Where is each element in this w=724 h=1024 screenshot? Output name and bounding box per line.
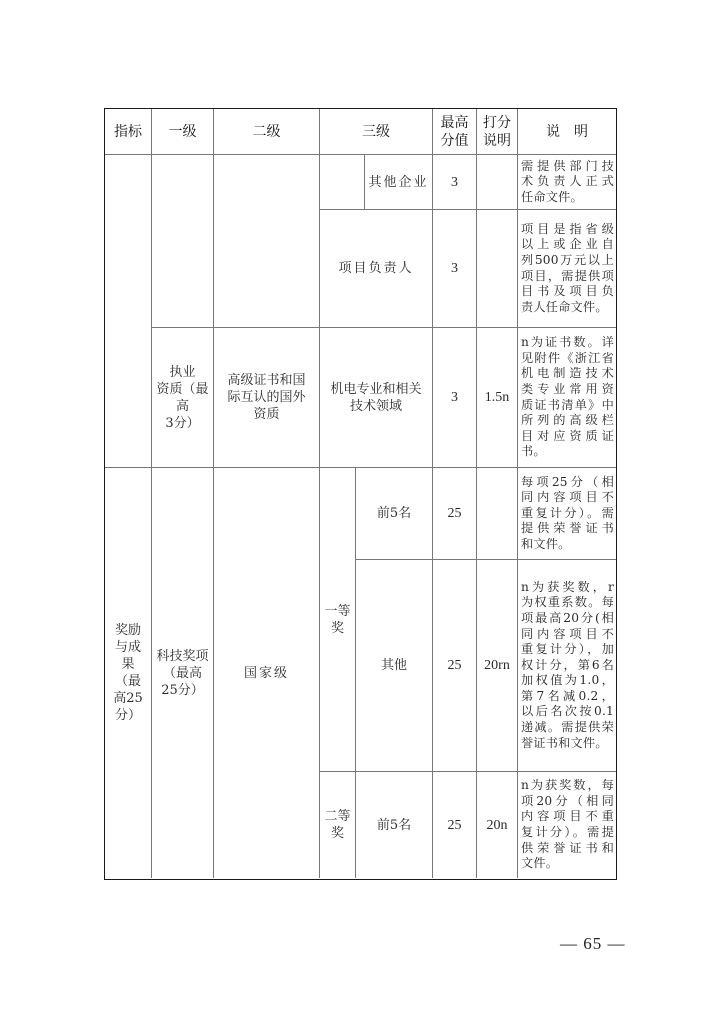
level2-senior-certificate: 高级证书和国 际互认的国外 资质 [213,327,319,467]
header-level1: 一级 [151,109,213,154]
level1-practice-qualification: 执业 资质（最 高 3分） [151,327,213,467]
description-line: 责人任命文件。 [521,300,614,316]
level3-mechatronics-field: 机电专业和相关 技术领域 [319,327,432,467]
document-page: 指标 一级 二级 三级 最高分值 打分说明 说 明 其他企业 3 需提供部门技 … [0,0,724,1024]
description-cell: n为获奖数，r 为权重系数。每 项最高20分(相 同内容项目不 重复计分），加 … [517,559,616,771]
header-max-score: 最高分值 [432,109,476,154]
indicator-awards-achievements: 奖励 与成 果 （最 高25 分） [105,467,151,878]
description-line: 列500万元以上 [521,253,614,269]
max-score-cell: 25 [432,467,476,559]
first-prize-label: 一等 奖 [319,467,355,771]
second-prize-label: 二等 奖 [319,771,355,878]
header-description: 说 明 [517,109,616,154]
description-line: 需提供部门技 [521,159,614,175]
description-line: 项目是指省级 [521,222,614,238]
page-number: — 65 — [560,934,626,954]
description-cell: 每项25分（相 同内容项目不 重复计分）。需 提供荣誉证书 和文件。 [517,467,616,559]
header-scoring: 打分说明 [476,109,517,154]
level1-cell-empty [151,154,213,327]
scoring-table: 指标 一级 二级 三级 最高分值 打分说明 说 明 其他企业 3 需提供部门技 … [104,108,617,880]
scoring-cell: 20n [476,771,517,878]
description-line: 任命文件。 [521,190,614,206]
description-line: 目书及项目负 [521,284,614,300]
indicator-cell-empty [105,154,151,467]
level3-sub-other-company: 其他企业 [364,154,432,209]
rank-top5: 前5名 [355,771,432,878]
level2-cell-empty [213,154,319,327]
rank-top5: 前5名 [355,467,432,559]
level1-tech-awards: 科技奖项 （最高 25分） [151,467,213,878]
description-cell: n为获奖数，每 项20分（相同 内容项目不重 复计分）。需提 供荣誉证书和 文件… [517,771,616,878]
header-indicator: 指标 [105,109,151,154]
max-score-cell: 25 [432,559,476,771]
scoring-cell [476,209,517,327]
description-line: 项目，需提供项 [521,269,614,285]
description-cell: n为证书数。详 见附件《浙江省 机电制造技术 类专业常用资 质证书清单》中 所列… [517,327,616,467]
max-score-cell: 3 [432,327,476,467]
description-line: 术负责人正式 [521,174,614,190]
level3-cell-empty [319,154,364,209]
level2-national: 国家级 [213,467,319,878]
max-score-cell: 25 [432,771,476,878]
header-level2: 二级 [213,109,319,154]
description-line: 以上或企业自 [521,237,614,253]
scoring-cell [476,467,517,559]
max-score-cell: 3 [432,154,476,209]
rank-other: 其他 [355,559,432,771]
scoring-cell: 1.5n [476,327,517,467]
scoring-cell: 20rn [476,559,517,771]
description-cell: 项目是指省级 以上或企业自 列500万元以上 项目，需提供项 目书及项目负 责人… [517,209,616,327]
max-score-cell: 3 [432,209,476,327]
header-level3: 三级 [319,109,432,154]
level3-project-leader: 项目负责人 [319,209,432,327]
description-cell: 需提供部门技 术负责人正式 任命文件。 [517,154,616,209]
scoring-cell [476,154,517,209]
